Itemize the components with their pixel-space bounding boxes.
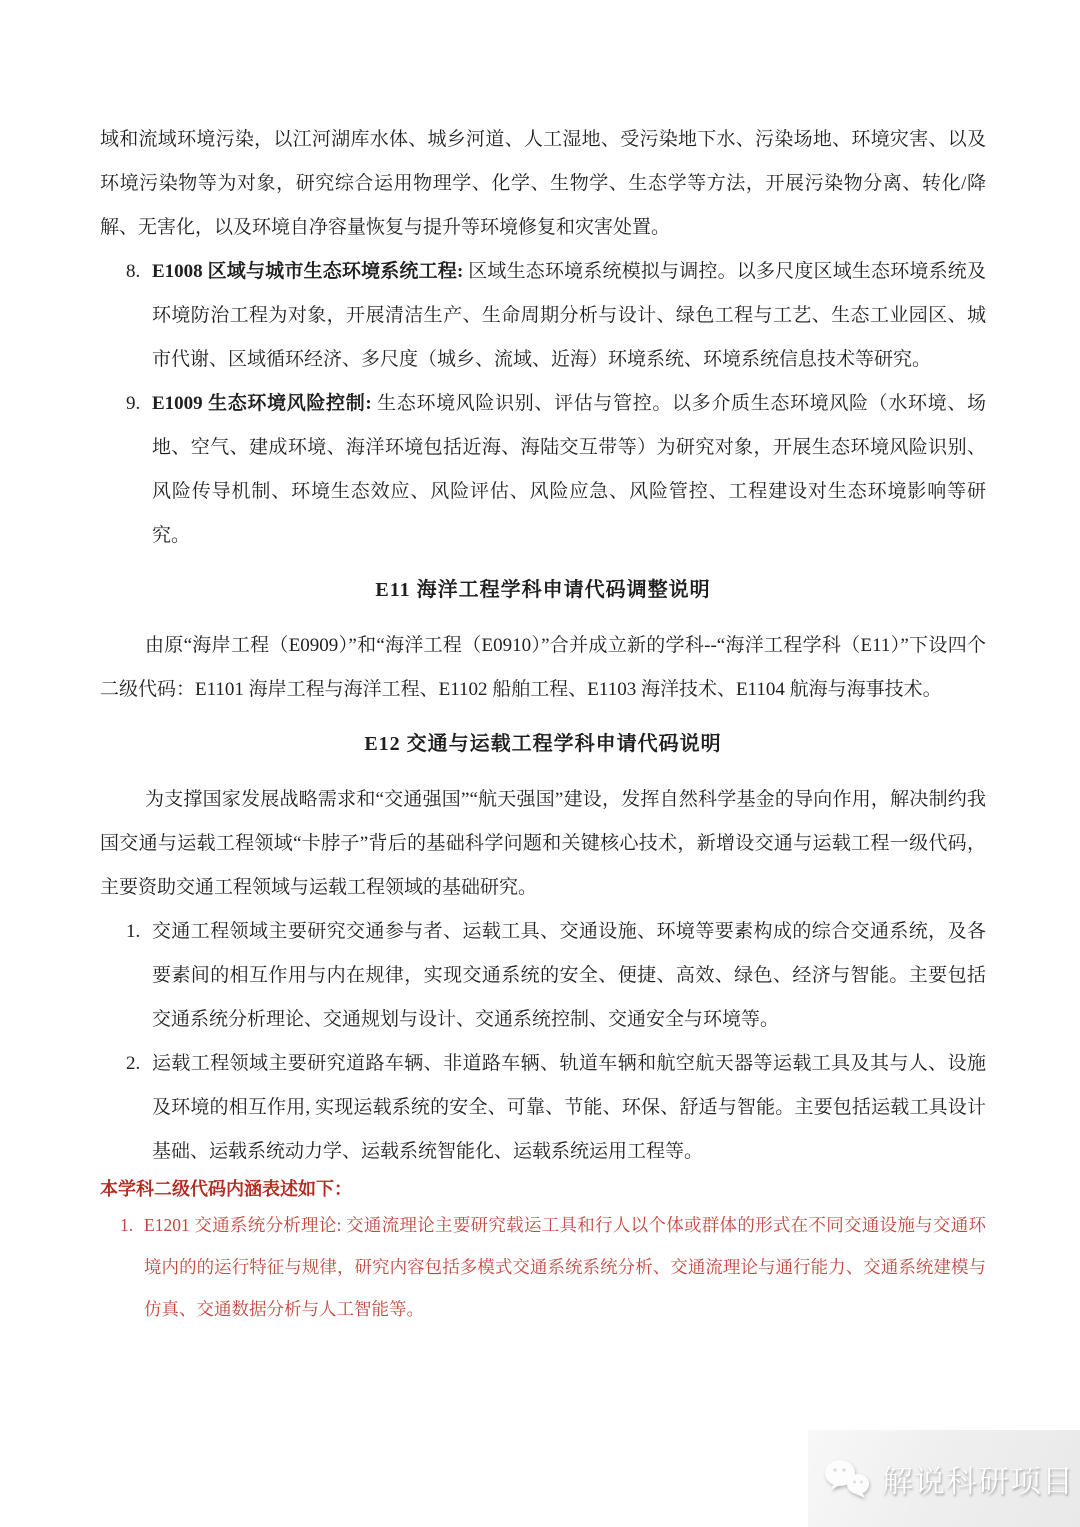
list-number: 9. — [126, 382, 140, 426]
watermark-panel: 解说科研项目 — [808, 1430, 1080, 1527]
wechat-icon — [822, 1456, 874, 1502]
list-item-e1009: 9. E1009 生态环境风险控制: 生态环境风险识别、评估与管控。以多介质生态… — [100, 382, 986, 558]
list-item-traffic-engineering: 1. 交通工程领域主要研究交通参与者、运载工具、交通设施、环境等要素构成的综合交… — [100, 910, 986, 1042]
paragraph-e11: 由原“海岸工程（E0909）”和“海洋工程（E0910）”合并成立新的学科--“… — [100, 624, 986, 712]
list-number: 8. — [126, 250, 140, 294]
paragraph-e1007-continuation: 域和流域环境污染，以江河湖库水体、城乡河道、人工湿地、受污染地下水、污染场地、环… — [100, 118, 986, 250]
document-page: 域和流域环境污染，以江河湖库水体、城乡河道、人工湿地、受污染地下水、污染场地、环… — [0, 0, 1080, 1527]
body-e1009: 生态环境风险识别、评估与管控。以多介质生态环境风险（水环境、场地、空气、建成环境… — [152, 393, 986, 546]
list-item-e1201: 1. E1201 交通系统分析理论: 交通流理论主要研究载运工具和行人以个体或群… — [100, 1204, 986, 1330]
term-e1009: E1009 生态环境风险控制: — [152, 393, 377, 414]
list-item-text: 交通工程领域主要研究交通参与者、运载工具、交通设施、环境等要素构成的综合交通系统… — [152, 910, 986, 1042]
term-e1008: E1008 区域与城市生态环境系统工程: — [152, 261, 468, 282]
term-e1201: E1201 交通系统分析理论: — [144, 1215, 346, 1235]
list-item-text: E1201 交通系统分析理论: 交通流理论主要研究载运工具和行人以个体或群体的形… — [144, 1204, 986, 1330]
body-traffic-engineering: 交通工程领域主要研究交通参与者、运载工具、交通设施、环境等要素构成的综合交通系统… — [152, 921, 986, 1030]
list-item-text: 运载工程领域主要研究道路车辆、非道路车辆、轨道车辆和航空航天器等运载工具及其与人… — [152, 1042, 986, 1174]
heading-e12: E12 交通与运载工程学科申请代码说明 — [100, 729, 986, 759]
list-item-text: E1009 生态环境风险控制: 生态环境风险识别、评估与管控。以多介质生态环境风… — [152, 382, 986, 558]
document-body: 域和流域环境污染，以江河湖库水体、城乡河道、人工湿地、受污染地下水、污染场地、环… — [100, 118, 986, 1330]
list-item-vehicle-engineering: 2. 运载工程领域主要研究道路车辆、非道路车辆、轨道车辆和航空航天器等运载工具及… — [100, 1042, 986, 1174]
list-number: 2. — [126, 1042, 140, 1086]
red-subheading: 本学科二级代码内涵表述如下： — [100, 1174, 986, 1204]
list-item-e1008: 8. E1008 区域与城市生态环境系统工程: 区域生态环境系统模拟与调控。以多… — [100, 250, 986, 382]
list-number: 1. — [126, 910, 140, 954]
heading-e11: E11 海洋工程学科申请代码调整说明 — [100, 575, 986, 605]
list-item-text: E1008 区域与城市生态环境系统工程: 区域生态环境系统模拟与调控。以多尺度区… — [152, 250, 986, 382]
list-number: 1. — [120, 1204, 133, 1246]
watermark-label: 解说科研项目 — [882, 1456, 1074, 1501]
paragraph-e12-intro: 为支撑国家发展战略需求和“交通强国”“航天强国”建设，发挥自然科学基金的导向作用… — [100, 778, 986, 910]
body-vehicle-engineering: 运载工程领域主要研究道路车辆、非道路车辆、轨道车辆和航空航天器等运载工具及其与人… — [152, 1053, 986, 1162]
